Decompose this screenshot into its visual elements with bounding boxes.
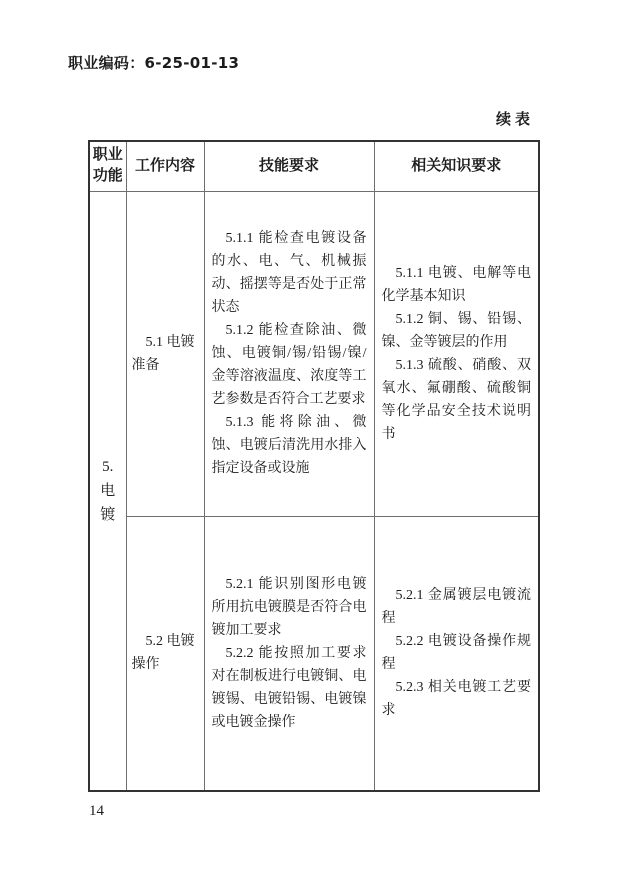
knowledge-item: 5.1.2 铜、锡、铅锡、镍、金等镀层的作用 (382, 308, 532, 354)
skill-item: 5.2.1 能识别图形电镀所用抗电镀膜是否符合电镀加工要求 (212, 573, 367, 642)
table-header-row: 职业功能 工作内容 技能要求 相关知识要求 (89, 141, 539, 191)
knowledge-item: 5.2.3 相关电镀工艺要求 (382, 676, 532, 722)
knowledge-cell: 5.1.1 电镀、电解等电化学基本知识 5.1.2 铜、锡、铅锡、镍、金等镀层的… (374, 191, 539, 516)
task-cell: 5.1 电镀准备 (126, 191, 204, 516)
knowledge-item: 5.1.3 硫酸、硝酸、双氧水、氟硼酸、硫酸铜等化学品安全技术说明书 (382, 354, 532, 446)
skill-item: 5.1.3 能将除油、微蚀、电镀后清洗用水排入指定设备或设施 (212, 411, 367, 480)
function-group-cell: 5. 电镀 (89, 191, 126, 791)
table-row: 5.2 电镀操作 5.2.1 能识别图形电镀所用抗电镀膜是否符合电镀加工要求 5… (89, 516, 539, 791)
header-knowledge-requirements: 相关知识要求 (374, 141, 539, 191)
skill-item: 5.2.2 能按照加工要求对在制板进行电镀铜、电镀锡、电镀铅锡、电镀镍或电镀金操… (212, 642, 367, 734)
header-work-content: 工作内容 (126, 141, 204, 191)
continued-table-label: 续表 (496, 108, 534, 129)
knowledge-item: 5.1.1 电镀、电解等电化学基本知识 (382, 262, 532, 308)
knowledge-item: 5.2.2 电镀设备操作规程 (382, 630, 532, 676)
header-occupational-function: 职业功能 (89, 141, 126, 191)
knowledge-cell: 5.2.1 金属镀层电镀流程 5.2.2 电镀设备操作规程 5.2.3 相关电镀… (374, 516, 539, 791)
task-cell: 5.2 电镀操作 (126, 516, 204, 791)
skill-item: 5.1.2 能检查除油、微蚀、电镀铜/锡/铅锡/镍/金等溶液温度、浓度等工艺参数… (212, 319, 367, 411)
skill-item: 5.1.1 能检查电镀设备的水、电、气、机械振动、摇摆等是否处于正常状态 (212, 227, 367, 319)
skills-cell: 5.1.1 能检查电镀设备的水、电、气、机械振动、摇摆等是否处于正常状态 5.1… (204, 191, 374, 516)
requirements-table: 职业功能 工作内容 技能要求 相关知识要求 5. 电镀 5.1 电镀准备 5.1… (88, 140, 540, 792)
skills-cell: 5.2.1 能识别图形电镀所用抗电镀膜是否符合电镀加工要求 5.2.2 能按照加… (204, 516, 374, 791)
table-row: 5. 电镀 5.1 电镀准备 5.1.1 能检查电镀设备的水、电、气、机械振动、… (89, 191, 539, 516)
occupation-code: 职业编码：6-25-01-13 (68, 52, 239, 73)
header-skill-requirements: 技能要求 (204, 141, 374, 191)
page-number: 14 (89, 803, 104, 820)
knowledge-item: 5.2.1 金属镀层电镀流程 (382, 584, 532, 630)
